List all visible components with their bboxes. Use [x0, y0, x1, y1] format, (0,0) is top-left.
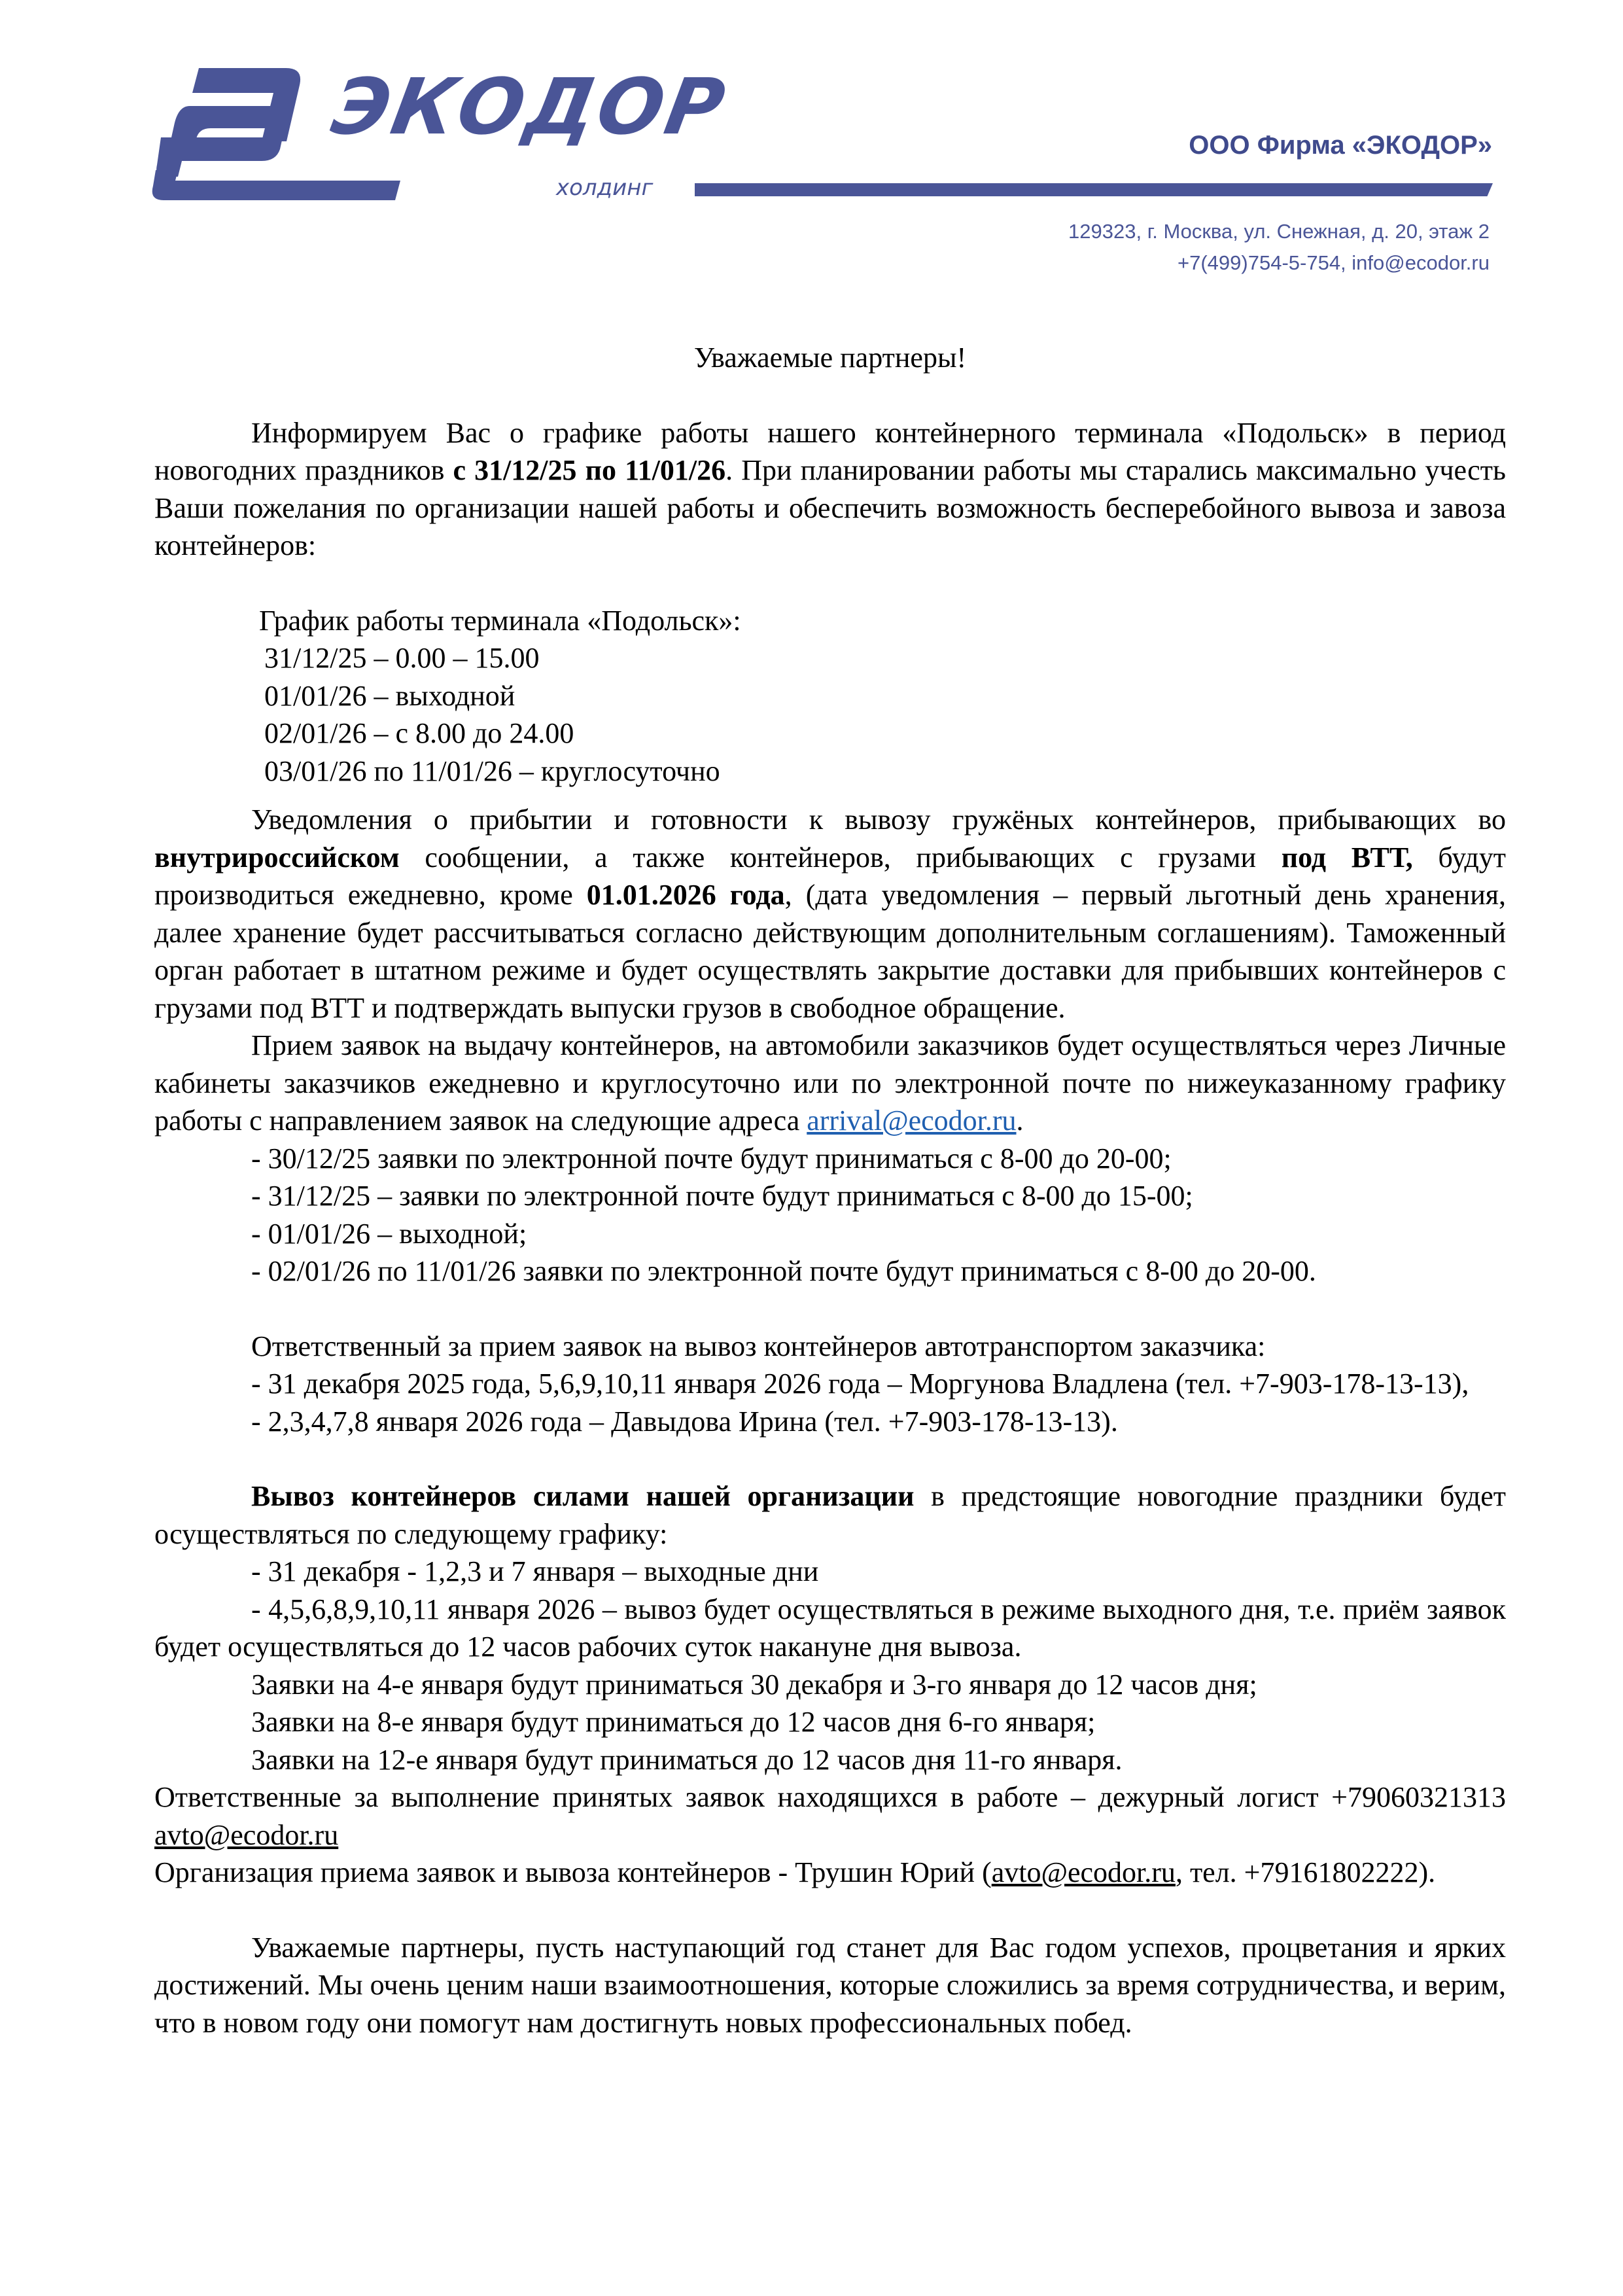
- responsible-item: - 31 декабря 2025 года, 5,6,9,10,11 янва…: [154, 1365, 1506, 1403]
- company-contacts: 129323, г. Москва, ул. Снежная, д. 20, э…: [1068, 216, 1490, 279]
- request-item: - 31/12/25 – заявки по электронной почте…: [154, 1177, 1506, 1215]
- request-item: - 01/01/26 – выходной;: [154, 1215, 1506, 1253]
- organizer-paragraph: Организация приема заявок и вывоза конте…: [154, 1854, 1506, 1892]
- export-paragraph: Вывоз контейнеров силами нашей организац…: [154, 1477, 1506, 1553]
- company-logo: ЭКОДОР холдинг: [152, 65, 701, 206]
- export-item: - 31 декабря - 1,2,3 и 7 января – выходн…: [154, 1553, 1506, 1591]
- export-item: Заявки на 4-е января будут приниматься 3…: [154, 1666, 1506, 1704]
- schedule-item: 01/01/26 – выходной: [259, 677, 1506, 715]
- letter-body: Уважаемые партнеры! Информируем Вас о гр…: [154, 339, 1506, 2041]
- logo-subtitle: холдинг: [556, 177, 653, 199]
- export-item: Заявки на 12-е января будут приниматься …: [154, 1741, 1506, 1779]
- letterhead-divider: [695, 183, 1493, 196]
- duty-text: Ответственные за выполнение принятых зая…: [154, 1781, 1506, 1813]
- responsible-item: - 2,3,4,7,8 января 2026 года – Давыдова …: [154, 1403, 1506, 1441]
- organizer-text-2: , тел. +79161802222).: [1176, 1856, 1435, 1888]
- export-item: Заявки на 8-е января будут приниматься д…: [154, 1703, 1506, 1741]
- schedule-item: 31/12/25 – 0.00 – 15.00: [259, 639, 1506, 677]
- responsible-title: Ответственный за прием заявок на вывоз к…: [154, 1328, 1506, 1366]
- logo-wordmark: ЭКОДОР: [327, 68, 733, 145]
- export-item: - 4,5,6,8,9,10,11 января 2026 – вывоз бу…: [154, 1591, 1506, 1666]
- organizer-text: Организация приема заявок и вывоза конте…: [154, 1856, 992, 1888]
- export-bold: Вывоз контейнеров силами нашей организац…: [251, 1480, 914, 1512]
- notifications-paragraph: Уведомления о прибытии и готовности к вы…: [154, 801, 1506, 1027]
- company-address: 129323, г. Москва, ул. Снежная, д. 20, э…: [1068, 216, 1490, 247]
- organizer-email-link[interactable]: avto@ecodor.ru: [992, 1856, 1176, 1888]
- company-name: ООО Фирма «ЭКОДОР»: [1189, 131, 1492, 160]
- intro-paragraph: Информируем Вас о графике работы нашего …: [154, 414, 1506, 565]
- duty-email-link[interactable]: avto@ecodor.ru: [154, 1819, 338, 1851]
- duty-paragraph: Ответственные за выполнение принятых зая…: [154, 1778, 1506, 1854]
- schedule-item: 02/01/26 – с 8.00 до 24.00: [259, 715, 1506, 752]
- schedule-title: График работы терминала «Подольск»:: [259, 602, 1506, 640]
- notif-bold: внутрироссийском: [154, 841, 400, 874]
- terminal-schedule: График работы терминала «Подольск»: 31/1…: [154, 602, 1506, 790]
- company-phone-email: +7(499)754-5-754, info@ecodor.ru: [1068, 247, 1490, 279]
- schedule-item: 03/01/26 по 11/01/26 – круглосуточно: [259, 752, 1506, 790]
- requests-paragraph: Прием заявок на выдачу контейнеров, на а…: [154, 1027, 1506, 1140]
- request-item: - 02/01/26 по 11/01/26 заявки по электро…: [154, 1252, 1506, 1290]
- notif-bold: 01.01.2026 года: [587, 879, 785, 911]
- greeting: Уважаемые партнеры!: [154, 339, 1506, 377]
- intro-period: с 31/12/25 по 11/01/26: [453, 454, 725, 486]
- notif-text: Уведомления о прибытии и готовности к вы…: [251, 804, 1506, 836]
- arrival-email-link[interactable]: arrival@ecodor.ru: [807, 1104, 1016, 1137]
- notif-bold: под ВТТ,: [1282, 841, 1413, 874]
- notif-text: сообщении, а также контейнеров, прибываю…: [400, 841, 1282, 874]
- request-item: - 30/12/25 заявки по электронной почте б…: [154, 1140, 1506, 1178]
- requests-end: .: [1017, 1104, 1024, 1137]
- letter-page: ЭКОДОР холдинг ООО Фирма «ЭКОДОР» 129323…: [0, 0, 1623, 2296]
- closing-paragraph: Уважаемые партнеры, пусть наступающий го…: [154, 1929, 1506, 2042]
